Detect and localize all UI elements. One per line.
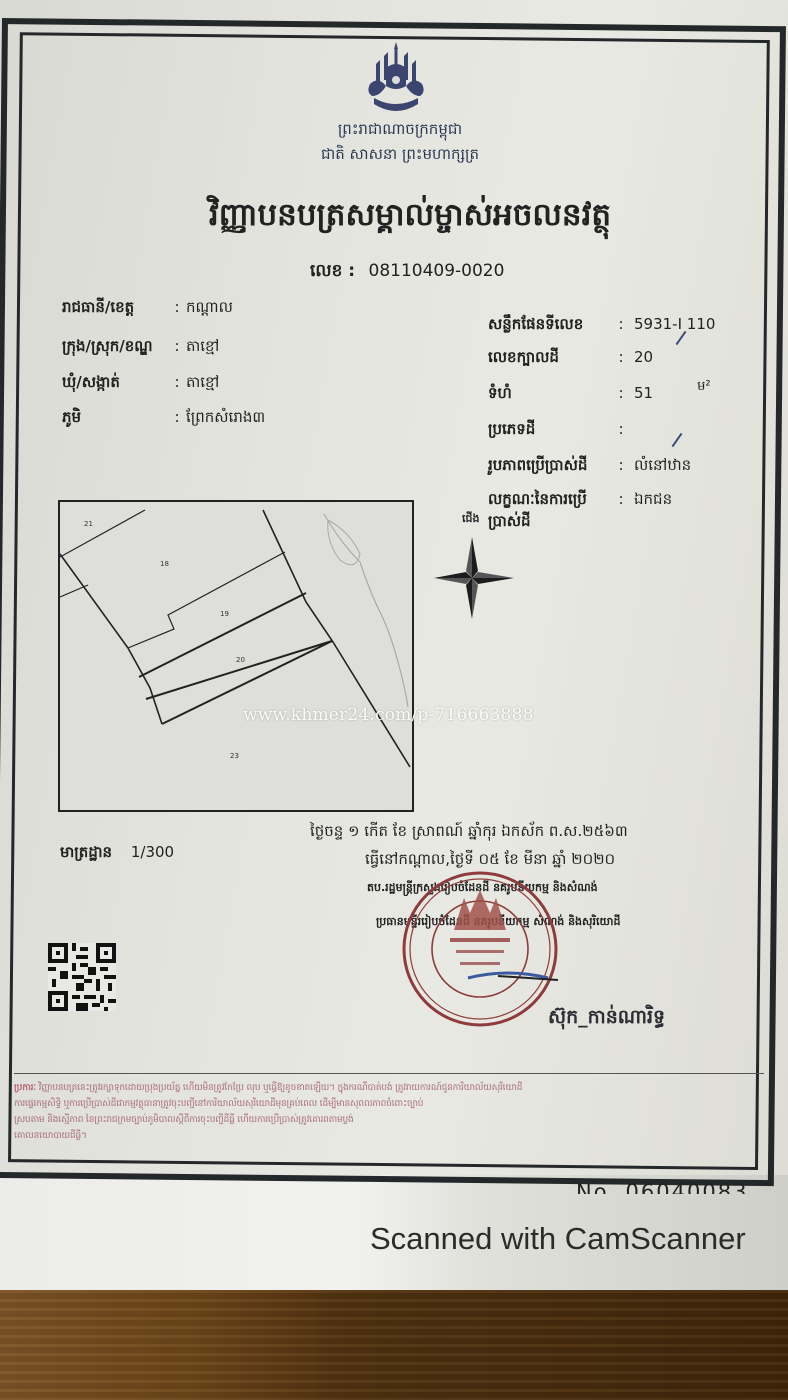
field-label: រាជធានី/ខេត្ត xyxy=(62,298,168,320)
field-value: 5931-I 110 xyxy=(634,315,715,337)
notice-line: វិញ្ញាបនបត្រនេះត្រូវរក្សាទុកដោយប្រុងប្រយ… xyxy=(39,1083,523,1093)
parcel-label-21: 21 xyxy=(84,520,93,528)
certificate-number: លេខ : 08110409-0020 xyxy=(310,260,504,285)
field-label: លក្ខណៈនៃការប្រើប្រាស់ដី xyxy=(488,490,608,534)
field-label: ប្រភេទដី xyxy=(488,420,608,442)
royal-coat-of-arms-icon xyxy=(360,40,432,118)
field-value: តាខ្មៅ xyxy=(186,373,219,395)
certificate-number-label: លេខ : xyxy=(310,261,355,281)
notice-label: ប្រការៈ xyxy=(14,1083,36,1093)
certificate-number-value: 08110409-0020 xyxy=(369,261,505,281)
field-label: ទំហំ xyxy=(488,384,608,406)
notice-line: ស្របតាម និងស្មើភាព នៃព្រះរាជក្រមច្បាប់ភូ… xyxy=(14,1112,764,1128)
village-field: ភូមិ: ព្រែកសំរោង៣ xyxy=(62,408,265,430)
legal-notice: ប្រការៈ វិញ្ញាបនបត្រនេះត្រូវរក្សាទុកដោយប… xyxy=(14,1073,764,1159)
camscanner-footer: Scanned with CamScanner xyxy=(370,1221,746,1257)
field-label: រូបភាពប្រើប្រាស់ដី xyxy=(488,456,608,478)
commune-field: ឃុំ/សង្កាត់: តាខ្មៅ xyxy=(62,373,219,395)
parcel-label-23: 23 xyxy=(230,752,239,760)
cadastral-map: 21 18 19 20 23 xyxy=(58,500,414,812)
qr-code-icon[interactable] xyxy=(48,943,116,1011)
field-label: ឃុំ/សង្កាត់ xyxy=(62,373,168,395)
field-label: សន្លឹកផែនទីលេខ xyxy=(488,315,608,337)
district-field: ក្រុង/ស្រុក/ខណ្ឌ: តាខ្មៅ xyxy=(62,337,219,359)
document-title: វិញ្ញាបនបត្រសម្គាល់ម្ចាស់អចលនវត្ថុ xyxy=(150,196,670,241)
ownership-type-field: លក្ខណៈនៃការប្រើប្រាស់ដី: ឯកជន xyxy=(488,490,672,534)
field-value: ឯកជន xyxy=(634,490,672,534)
parcel-label-20: 20 xyxy=(236,656,245,664)
notice-line: ការផ្ទេរកម្មសិទ្ធិ ឬការប្រើប្រាស់ដីជាកម្… xyxy=(14,1096,764,1112)
province-field: រាជធានី/ខេត្ត: កណ្ដាល xyxy=(62,298,233,320)
official-seal-icon xyxy=(398,868,562,1030)
north-label: ជើង xyxy=(462,512,479,528)
signer-name: ស៊ុក_កាន់ណារិទ្ធ xyxy=(548,1005,665,1033)
parcel-label-19: 19 xyxy=(220,610,229,618)
field-value: លំនៅឋាន xyxy=(634,456,691,478)
field-label: លេខក្បាលដី xyxy=(488,348,608,370)
field-value: ព្រែកសំរោង៣ xyxy=(186,408,265,430)
area-field: ទំហំ: 51 ម² xyxy=(488,384,711,406)
lunar-date: ថ្ងៃចន្ទ ១ កើត ខែ ស្រាពណ៍ ឆ្នាំកុរ ឯកស័ក… xyxy=(310,822,628,844)
national-motto: ជាតិ សាសនា ព្រះមហាក្សត្រ xyxy=(300,145,500,167)
area-unit: ម² xyxy=(697,378,710,400)
parcel-label-18: 18 xyxy=(160,560,169,568)
map-scale: មាត្រដ្ឋាន 1/300 xyxy=(60,843,174,865)
scale-label: មាត្រដ្ឋាន xyxy=(60,843,112,861)
notice-line: គោលនយោបាយដីធ្លី។ xyxy=(14,1128,764,1144)
khmer24-watermark: www.khmer24.com/p-716663888 xyxy=(243,705,534,725)
wooden-table xyxy=(0,1290,788,1400)
field-label: ក្រុង/ស្រុក/ខណ្ឌ xyxy=(62,337,168,359)
field-label: ភូមិ xyxy=(62,408,168,430)
field-value: 51 xyxy=(634,384,653,406)
field-value: 20 xyxy=(634,348,653,370)
parcel-number-field: លេខក្បាលដី: 20 xyxy=(488,348,653,370)
kingdom-name: ព្រះរាជាណាចក្រកម្ពុជា xyxy=(300,120,500,142)
scale-value: 1/300 xyxy=(131,843,174,861)
land-type-field: ប្រភេទដី: xyxy=(488,420,634,442)
field-value: កណ្ដាល xyxy=(186,298,233,320)
land-use-field: រូបភាពប្រើប្រាស់ដី: លំនៅឋាន xyxy=(488,456,691,478)
serial-number: No. 06040083 xyxy=(576,1180,748,1194)
field-value: តាខ្មៅ xyxy=(186,337,219,359)
compass-rose-icon xyxy=(432,535,518,621)
